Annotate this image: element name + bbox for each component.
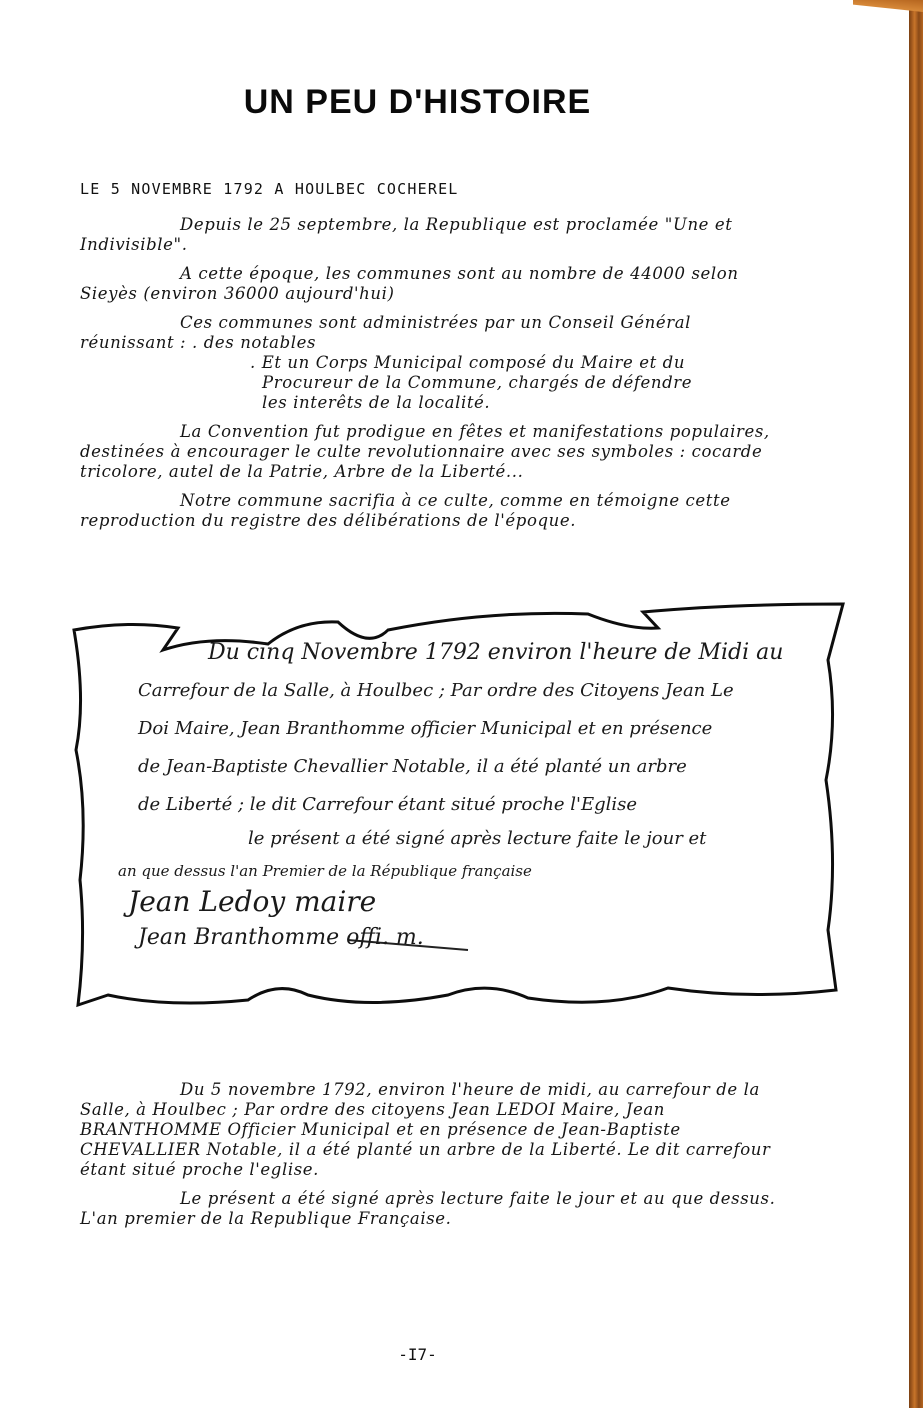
wooden-table-edge bbox=[909, 0, 923, 1408]
manuscript-signature: Jean Ledoy maire bbox=[128, 885, 376, 918]
manuscript-line: le présent a été signé après lecture fai… bbox=[248, 828, 706, 849]
manuscript-signature: Jean Branthomme offi. m. bbox=[138, 925, 424, 950]
page-number: -I7- bbox=[0, 1345, 835, 1364]
conseil-list: réunissant : . des notables . Et un Corp… bbox=[80, 333, 800, 413]
list-item: . Et un Corps Municipal composé du Maire… bbox=[80, 353, 800, 373]
list-item-cont: les interêts de la localité. bbox=[80, 393, 800, 413]
paragraph-transcript: Du 5 novembre 1792, environ l'heure de m… bbox=[80, 1080, 800, 1180]
section-subheading: LE 5 NOVEMBRE 1792 A HOULBEC COCHEREL bbox=[80, 180, 459, 198]
wooden-table-corner bbox=[853, 0, 923, 12]
paragraph-culte: Notre commune sacrifia à ce culte, comme… bbox=[80, 491, 800, 531]
list-item: réunissant : . des notables bbox=[80, 333, 800, 353]
manuscript-line: an que dessus l'an Premier de la Républi… bbox=[118, 862, 532, 880]
paragraph-convention: La Convention fut prodigue en fêtes et m… bbox=[80, 422, 800, 482]
transcript-text: Du 5 novembre 1792, environ l'heure de m… bbox=[80, 1080, 800, 1238]
manuscript-line: de Jean-Baptiste Chevallier Notable, il … bbox=[138, 756, 687, 777]
page-title: UN PEU D'HISTOIRE bbox=[0, 83, 835, 122]
manuscript-scroll-image: Du cinq Novembre 1792 environ l'heure de… bbox=[68, 600, 848, 1020]
paragraph-signature: Le présent a été signé après lecture fai… bbox=[80, 1189, 800, 1229]
manuscript-line: de Liberté ; le dit Carrefour étant situ… bbox=[138, 794, 637, 815]
paragraph-conseil: Ces communes sont administrées par un Co… bbox=[80, 313, 800, 333]
manuscript-line: Carrefour de la Salle, à Houlbec ; Par o… bbox=[138, 680, 734, 701]
list-item-cont: Procureur de la Commune, chargés de défe… bbox=[80, 373, 800, 393]
manuscript-line: Doi Maire, Jean Branthomme officier Muni… bbox=[138, 718, 712, 739]
paragraph-republic: Depuis le 25 septembre, la Republique es… bbox=[80, 215, 800, 255]
manuscript-line: Du cinq Novembre 1792 environ l'heure de… bbox=[208, 640, 783, 665]
paragraph-communes: A cette époque, les communes sont au nom… bbox=[80, 264, 800, 304]
intro-text: Depuis le 25 septembre, la Republique es… bbox=[80, 215, 800, 540]
